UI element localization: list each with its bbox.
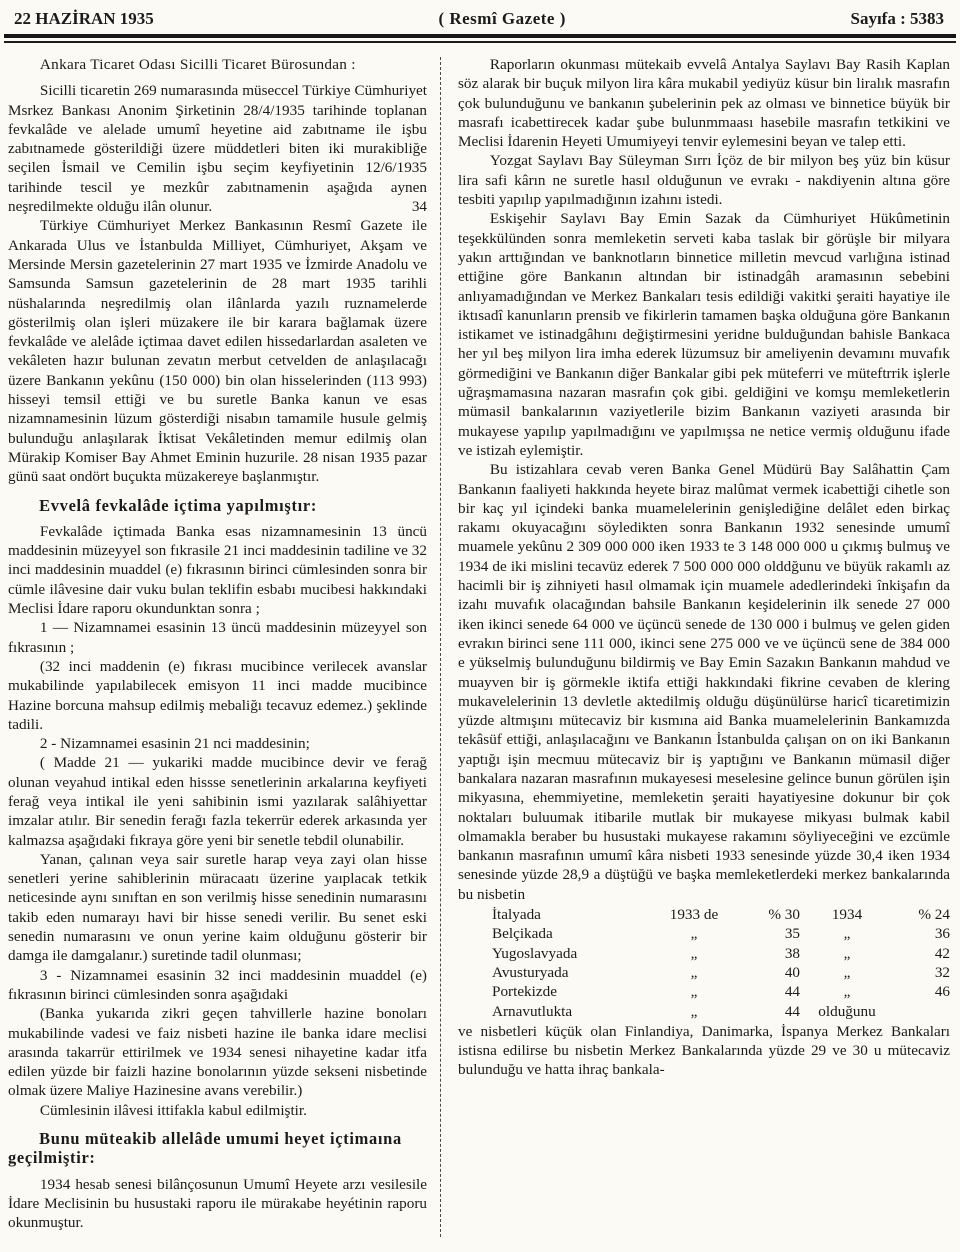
gazette-date: 22 HAZİRAN 1935 [14,9,154,29]
paragraph-rasih-kaplan: Raporların okunması mütekaib evvelâ Anta… [458,55,950,151]
table-1933-value: 35 [738,924,800,943]
paragraph-registration: Sicilli ticaretin 269 numarasında müsecc… [8,81,427,216]
table-1933-value: 44 [738,982,800,1001]
table-1934-label: 1934 [800,905,894,924]
table-1933-value: 44 [738,1002,800,1021]
paragraph: Fevkalâde içtimada Banka esas nizamnames… [8,522,427,618]
table-1933-value: % 30 [738,905,800,924]
record-number: 34 [372,197,427,216]
paragraph-salahattin-cam: Bu istizahlara cevab veren Banka Genel M… [458,460,950,904]
table-row: Portekizde „ 44 „ 46 [458,982,950,1001]
section-heading-alelade: Bunu müteakib allelâde umumi heyet içtim… [8,1129,427,1168]
page-number: Sayıfa : 5383 [851,9,945,29]
table-1933-label: „ [650,944,738,963]
table-1933-value: 40 [738,963,800,982]
paragraph-announcement: Türkiye Cümhuriyet Merkez Bankasının Res… [8,216,427,486]
gazette-title: ( Resmî Gazete ) [438,9,565,29]
table-row: Yugoslavyada „ 38 „ 42 [458,944,950,963]
table-row: İtalyada 1933 de % 30 1934 % 24 [458,905,950,924]
table-country: İtalyada [492,905,650,924]
table-1934-value [894,1002,950,1021]
table-1934-value: % 24 [894,905,950,924]
table-country: Yugoslavyada [492,944,650,963]
table-country: Avusturyada [492,963,650,982]
paragraph-item-2: 2 - Nizamnamei esasinin 21 nci maddesini… [8,734,427,753]
table-country: Belçikada [492,924,650,943]
table-1933-label: „ [650,963,738,982]
table-country: Arnavutlukta [492,1002,650,1021]
paragraph-suleyman-sirri: Yozgat Saylavı Bay Süleyman Sırrı İçöz d… [458,151,950,209]
table-1933-label: 1933 de [650,905,738,924]
comparison-table: İtalyada 1933 de % 30 1934 % 24 Belçikad… [458,905,950,1021]
paragraph-closing: ve nisbetleri küçük olan Finlandiya, Dan… [458,1022,950,1080]
table-1934-value: 32 [894,963,950,982]
office-heading: Ankara Ticaret Odası Sicilli Ticaret Bür… [8,55,427,74]
section-heading-fevkalade: Evvelâ fevkalâde içtima yapılmıştır: [8,496,427,515]
column-divider [440,57,441,1237]
paragraph-amendment-3: (Banka yukarıda zikri geçen tahvillerle … [8,1004,427,1100]
table-country: Portekizde [492,982,650,1001]
right-column: Raporların okunması mütekaib evvelâ Anta… [458,55,950,1245]
paragraph-kabul: Cümlesinin ilâvesi ittifakla kabul edilm… [8,1101,427,1120]
table-1933-value: 38 [738,944,800,963]
table-row: Arnavutlukta „ 44 olduğunu [458,1002,950,1021]
paragraph-bilanco: 1934 hesab senesi bilânçosunun Umumî Hey… [8,1175,427,1233]
paragraph-madde-21-devam: Yanan, çalınan veya sair suretle harap v… [8,850,427,966]
paragraph-text: Sicilli ticaretin 269 numarasında müsecc… [8,82,427,215]
table-1934-label: „ [800,982,894,1001]
table-1934-label: olduğunu [800,1002,894,1021]
table-1933-label: „ [650,1002,738,1021]
page-header: 22 HAZİRAN 1935 ( Resmî Gazete ) Sayıfa … [0,0,960,32]
paragraph-amendment-1: (32 inci maddenin (e) fıkrası mucibince … [8,657,427,734]
table-row: Avusturyada „ 40 „ 32 [458,963,950,982]
table-1934-value: 36 [894,924,950,943]
table-row: Belçikada „ 35 „ 36 [458,924,950,943]
table-1933-label: „ [650,924,738,943]
table-1934-label: „ [800,963,894,982]
table-1934-value: 42 [894,944,950,963]
paragraph-emin-sazak: Eskişehir Saylavı Bay Emin Sazak da Cümh… [458,209,950,460]
table-1934-label: „ [800,944,894,963]
table-1933-label: „ [650,982,738,1001]
paragraph-item-1: 1 — Nizamnamei esasinin 13 üncü maddesin… [8,618,427,657]
table-1934-label: „ [800,924,894,943]
article-columns: Ankara Ticaret Odası Sicilli Ticaret Bür… [0,43,960,1245]
left-column: Ankara Ticaret Odası Sicilli Ticaret Bür… [8,55,427,1245]
header-rule [4,34,956,43]
table-1934-value: 46 [894,982,950,1001]
paragraph-item-3: 3 - Nizamnamei esasinin 32 inci maddesin… [8,966,427,1005]
paragraph-madde-21: ( Madde 21 — yukariki madde mucibince de… [8,753,427,849]
